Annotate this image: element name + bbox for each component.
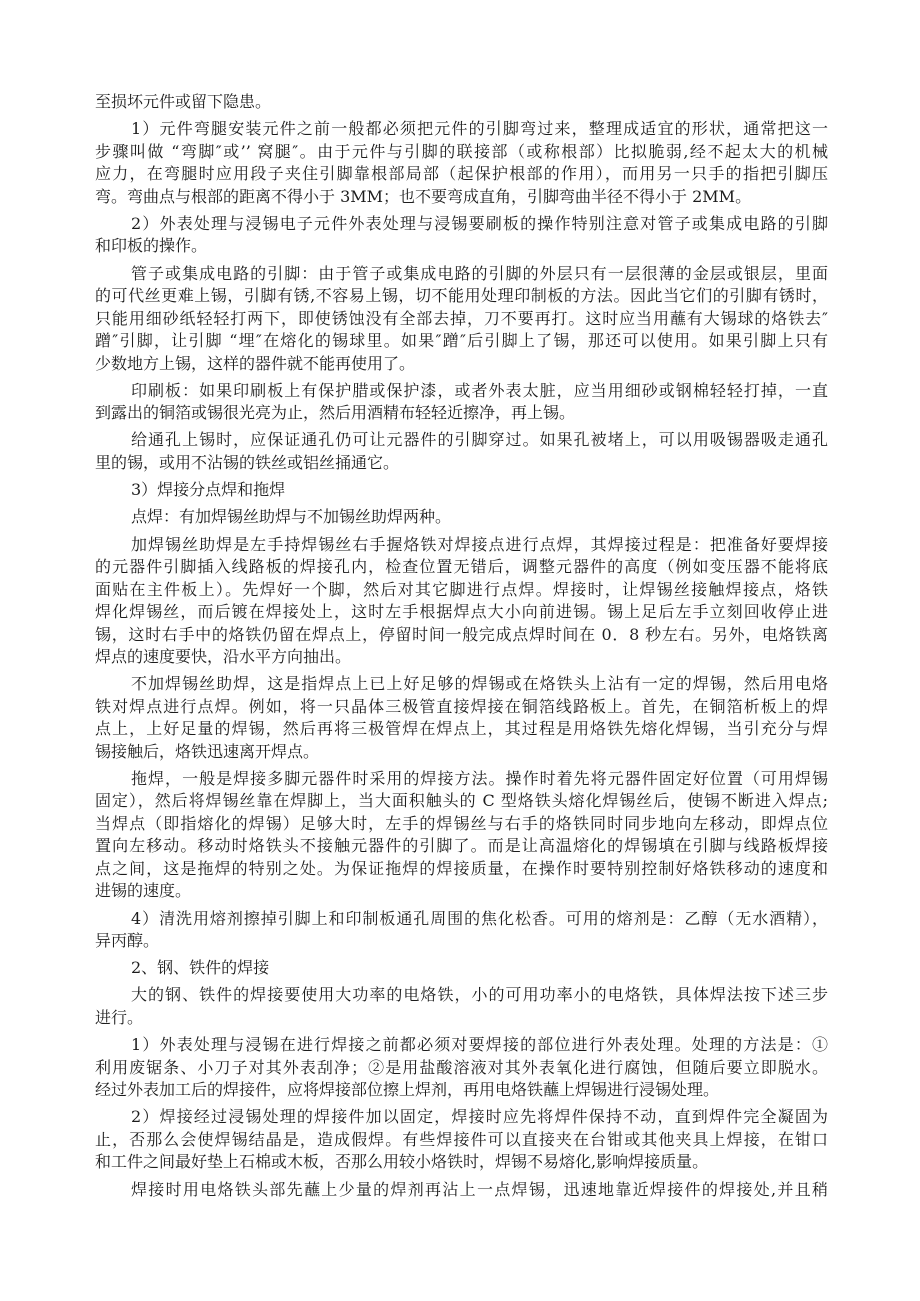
text-line: 至损坏元件或留下隐患。	[95, 91, 828, 114]
section-heading: 2、钢、铁件的焊接	[95, 957, 828, 980]
paragraph-heading-welding-types: 3）焊接分点焊和拖焊	[95, 479, 828, 502]
text-line: 置向左移动。移动时烙铁头不接触元器件的引脚了。而是让高温熔化的焊锡填在引脚与线路…	[95, 835, 828, 858]
text-line: 步骤叫做 “弯脚″或’’ 窝腿″。由于元件与引脚的联接部（或称根部）比拟脆弱,经…	[95, 141, 828, 164]
text-line: 加焊锡丝助焊是左手持焊锡丝右手握烙铁对焊接点进行点焊，其焊接过程是：把准备好要焊…	[95, 534, 828, 557]
text-line: 焊点的速度要快，沿水平方向抽出。	[95, 646, 828, 669]
paragraph-through-hole: 给通孔上锡时，应保证通孔仍可让元器件的引脚穿过。如果孔被堵上，可以用吸锡器吸走通…	[95, 429, 828, 474]
paragraph-surface-treatment: 2）外表处理与浸锡电子元件外表处理与浸锡要刷板的操作特别注意对管子或集成电路的引…	[95, 213, 828, 258]
text-line: 拖焊，一般是焊接多脚元器件时采用的焊接方法。操作时着先将元器件固定好位置（可用焊…	[95, 768, 828, 791]
text-line: 利用废锯条、小刀子对其外表刮净；②是用盐酸溶液对其外表氧化进行腐蚀，但随后要立即…	[95, 1057, 828, 1080]
paragraph-lead-bending: 1）元件弯腿安装元件之前一般都必须把元件的引脚弯过来，整理成适宜的形状，通常把这…	[95, 118, 828, 208]
text-line: 锡，这时右手中的烙铁仍留在焊点上，停留时间一般完成点焊时间在 0．8 秒左右。另…	[95, 624, 828, 647]
paragraph-ic-leads: 管子或集成电路的引脚：由于管子或集成电路的引脚的外层只有一层很薄的金层或银层，里…	[95, 263, 828, 376]
text-line: 给通孔上锡时，应保证通孔仍可让元器件的引脚穿过。如果孔被堵上，可以用吸锡器吸走通…	[95, 429, 828, 452]
text-line: 4）清洗用熔剂擦掉引脚上和印制板通孔周围的焦化松香。可用的熔剂是：乙醇（无水酒精…	[95, 908, 828, 931]
paragraph-continuation: 至损坏元件或留下隐患。	[95, 91, 828, 114]
paragraph-pcb: 印刷板：如果印刷板上有保护腊或保护漆，或者外表太脏，应当用细砂或钢棉轻轻打掉，一…	[95, 380, 828, 425]
text-line: 的可代丝更难上锡，引脚有锈,不容易上锡，切不能用处理印制板的方法。因此当它们的引…	[95, 285, 828, 308]
paragraph-cleaning: 4）清洗用熔剂擦掉引脚上和印制板通孔周围的焦化松香。可用的熔剂是：乙醇（无水酒精…	[95, 908, 828, 953]
text-line: 2）外表处理与浸锡电子元件外表处理与浸锡要刷板的操作特别注意对管子或集成电路的引…	[95, 213, 828, 236]
paragraph-steel-iron-intro: 大的钢、铁件的焊接要使用大功率的电烙铁，小的可用功率小的电烙铁，具体焊法按下述三…	[95, 984, 828, 1029]
paragraph-steel-surface-treatment: 1）外表处理与浸锡在进行焊接之前都必须对要焊接的部位进行外表处理。处理的方法是：…	[95, 1034, 828, 1102]
text-line: 进锡的速度。	[95, 880, 828, 903]
text-line: 大的钢、铁件的焊接要使用大功率的电烙铁，小的可用功率小的电烙铁，具体焊法按下述三…	[95, 984, 828, 1007]
text-line: 焊接时用电烙铁头部先蘸上少量的焊剂再沾上一点焊锡，迅速地靠近焊接件的焊接处,并且…	[95, 1179, 828, 1202]
text-line: 和印板的操作。	[95, 235, 828, 258]
section-heading: 3）焊接分点焊和拖焊	[95, 479, 828, 502]
paragraph-welding-iron-tip: 焊接时用电烙铁头部先蘸上少量的焊剂再沾上一点焊锡，迅速地靠近焊接件的焊接处,并且…	[95, 1179, 828, 1202]
text-line: 锡接触后，烙铁迅速离开焊点。	[95, 741, 828, 764]
text-line: 和工件之间最好垫上石棉或木板，否那么用较小烙铁时，焊锡不易熔化,影响焊接质量。	[95, 1151, 828, 1174]
text-line: 只能用细砂纸轻轻打两下，即使锈蚀没有全部去掉，刀不要再打。这时应当用蘸有大锡球的…	[95, 308, 828, 331]
document-page: 至损坏元件或留下隐患。 1）元件弯腿安装元件之前一般都必须把元件的引脚弯过来，整…	[95, 91, 828, 1206]
text-line: 里的锡，或用不沾锡的铁丝或铝丝捅通它。	[95, 452, 828, 475]
text-line: 点焊：有加焊锡丝助焊与不加锡丝助焊两种。	[95, 506, 828, 529]
paragraph-solder-wire-assisted: 加焊锡丝助焊是左手持焊锡丝右手握烙铁对焊接点进行点焊，其焊接过程是：把准备好要焊…	[95, 534, 828, 669]
text-line: 异丙醇。	[95, 930, 828, 953]
text-line: 应力，在弯腿时应用段子夹住引脚靠根部局部（起保护根部的作用），而用另一只手的指把…	[95, 163, 828, 186]
paragraph-no-solder-wire: 不加焊锡丝助焊，这是指焊点上已上好足够的焊锡或在烙铁头上沾有一定的焊锡，然后用电…	[95, 673, 828, 763]
text-line: 管子或集成电路的引脚：由于管子或集成电路的引脚的外层只有一层很薄的金层或银层，里…	[95, 263, 828, 286]
text-line: 的元器件引脚插入线路板的焊接孔内，检查位置无错后，调整元器件的高度（例如变压器不…	[95, 556, 828, 579]
paragraph-heading-steel-iron: 2、钢、铁件的焊接	[95, 957, 828, 980]
text-line: 止，否那么会使焊锡结晶是，造成假焊。有些焊接件可以直接夹在台钳或其他夹具上焊接，…	[95, 1129, 828, 1152]
text-line: 2）焊接经过浸锡处理的焊接件加以固定，焊接时应先将焊件保持不动，直到焊件完全凝固…	[95, 1106, 828, 1129]
text-line: 铁对焊点进行点焊。例如，将一只晶体三极管直接焊接在铜箔线路板上。首先，在铜箔析板…	[95, 696, 828, 719]
text-line: 面贴在主件板上）。先焊好一个脚，然后对其它脚进行点焊。焊接时，让焊锡丝接触焊接点…	[95, 579, 828, 602]
text-line: 当焊点（即指熔化的焊锡）足够大时，左手的焊锡丝与右手的烙铁同时同步地向左移动，即…	[95, 813, 828, 836]
text-line: 进行。	[95, 1007, 828, 1030]
text-line: 点上，上好足量的焊锡，然后再将三极管焊在焊点上，其过程是用烙铁先熔化焊锡，当引充…	[95, 718, 828, 741]
text-line: 焊化焊锡丝，而后镀在焊接处上，这时左手根据焊点大小向前进锡。锡上足后左手立刻回收…	[95, 601, 828, 624]
paragraph-spot-welding: 点焊：有加焊锡丝助焊与不加锡丝助焊两种。	[95, 506, 828, 529]
text-line: 印刷板：如果印刷板上有保护腊或保护漆，或者外表太脏，应当用细砂或钢棉轻轻打掉，一…	[95, 380, 828, 403]
text-line: 弯。弯曲点与根部的距离不得小于 3MM；也不要弯成直角，引脚弯曲半径不得小于 2…	[95, 186, 828, 209]
text-line: 经过外表加工后的焊接件，应将焊接部位擦上焊剂，再用电烙铁蘸上焊锡进行浸锡处理。	[95, 1079, 828, 1102]
text-line: 1）外表处理与浸锡在进行焊接之前都必须对要焊接的部位进行外表处理。处理的方法是：…	[95, 1034, 828, 1057]
text-line: 到露出的铜箔或锡很光亮为止，然后用酒精布轻轻近擦净，再上锡。	[95, 402, 828, 425]
paragraph-drag-welding: 拖焊，一般是焊接多脚元器件时采用的焊接方法。操作时着先将元器件固定好位置（可用焊…	[95, 768, 828, 903]
text-line: 蹭″引脚，让引脚 “埋″在熔化的锡球里。如果″蹭″后引脚上了锡，那还可以使用。如…	[95, 330, 828, 353]
text-line: 1）元件弯腿安装元件之前一般都必须把元件的引脚弯过来，整理成适宜的形状，通常把这…	[95, 118, 828, 141]
text-line: 不加焊锡丝助焊，这是指焊点上已上好足够的焊锡或在烙铁头上沾有一定的焊锡，然后用电…	[95, 673, 828, 696]
text-line: 固定），然后将焊锡丝靠在焊脚上，当大面积触头的 C 型烙铁头熔化焊锡丝后，使锡不…	[95, 790, 828, 813]
text-line: 少数地方上锡，这样的器件就不能再使用了。	[95, 353, 828, 376]
paragraph-steel-welding: 2）焊接经过浸锡处理的焊接件加以固定，焊接时应先将焊件保持不动，直到焊件完全凝固…	[95, 1106, 828, 1174]
text-line: 点之间，这是拖焊的特别之处。为保证拖焊的焊接质量，在操作时要特别控制好烙铁移动的…	[95, 858, 828, 881]
